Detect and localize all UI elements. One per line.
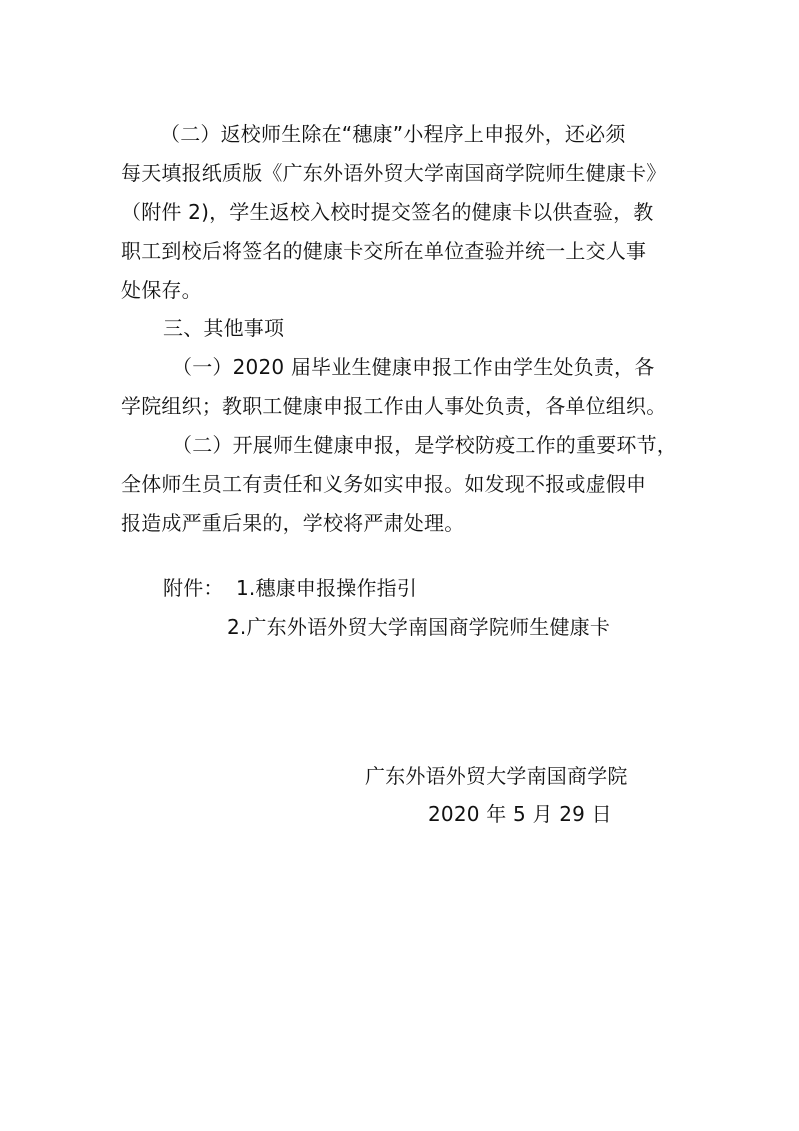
section-heading: 三、其他事项 [163,316,284,340]
paragraph-line: 处保存。 [121,278,202,302]
paragraph-line: （二）开展师生健康申报，是学校防疫工作的重要环节， [172,433,677,457]
paragraph-line: 每天填报纸质版《广东外语外贸大学南国商学院师生健康卡》 [121,161,666,185]
paragraph-line: （一）2020 届毕业生健康申报工作由学生处负责，各 [172,355,654,379]
signature-date: 2020 年 5 月 29 日 [428,802,612,826]
document-page: （二）返校师生除在“穗康”小程序上申报外，还必须 每天填报纸质版《广东外语外贸大… [0,0,799,1131]
paragraph-line: 全体师生员工有责任和义务如实申报。如发现不报或虚假申 [121,472,646,496]
attachment-item: 1.穗康申报操作指引 [236,576,417,600]
paragraph-line: 学院组织；教职工健康申报工作由人事处负责，各单位组织。 [121,394,666,418]
paragraph-line: （二）返校师生除在“穗康”小程序上申报外，还必须 [160,122,626,146]
paragraph-line: （附件 2)，学生返校入校时提交签名的健康卡以供查验，教 [121,200,653,224]
attachments-label: 附件： [163,576,224,600]
paragraph-line: 职工到校后将签名的健康卡交所在单位查验并统一上交人事 [121,239,646,263]
attachment-item: 2.广东外语外贸大学南国商学院师生健康卡 [227,615,610,639]
signature-organization: 广东外语外贸大学南国商学院 [365,764,628,788]
paragraph-line: 报造成严重后果的，学校将严肃处理。 [121,511,464,535]
